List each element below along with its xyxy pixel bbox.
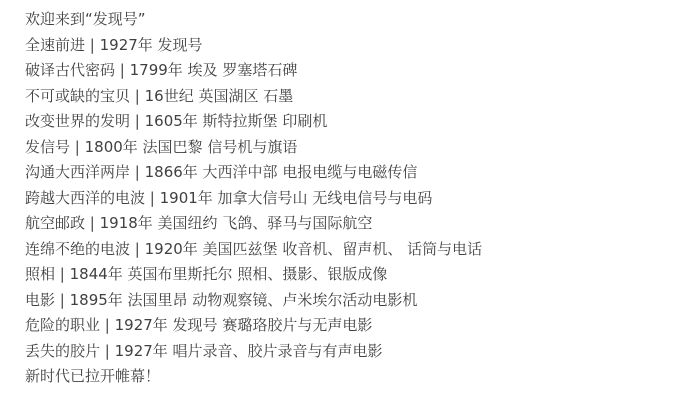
list-item: 跨越大西洋的电波 | 1901年 加拿大信号山 无线电信号与电码 [25,186,690,212]
chapter-info: 1927年 发现号 赛璐珞胶片与无声电影 [115,316,373,334]
chapter-title: 破译古代密码 [25,61,115,79]
list-item: 改变世界的发明 | 1605年 斯特拉斯堡 印刷机 [25,109,690,135]
chapter-info: 1927年 唱片录音、胶片录音与有声电影 [115,342,383,360]
separator-bar: | [100,316,115,334]
chapter-title: 照相 [25,265,55,283]
separator-bar: | [130,163,145,181]
message-text: 新时代已拉开帷幕！ [25,367,160,385]
chapter-list-page: 欢迎来到“发现号”全速前进 | 1927年 发现号破译古代密码 | 1799年 … [0,0,700,400]
chapter-info: 1920年 美国匹兹堡 收音机、留声机、 话筒与电话 [145,240,482,258]
separator-bar: | [145,189,160,207]
separator-bar: | [70,138,85,156]
chapter-info: 1800年 法国巴黎 信号机与旗语 [85,138,298,156]
chapter-title: 航空邮政 [25,214,85,232]
separator-bar: | [55,265,70,283]
list-item: 照相 | 1844年 英国布里斯托尔 照相、摄影、银版成像 [25,262,690,288]
chapter-list: 欢迎来到“发现号”全速前进 | 1927年 发现号破译古代密码 | 1799年 … [25,7,690,390]
chapter-info: 1895年 法国里昂 动物观察镜、卢米埃尔活动电影机 [70,291,418,309]
list-item: 发信号 | 1800年 法国巴黎 信号机与旗语 [25,135,690,161]
chapter-title: 危险的职业 [25,316,100,334]
list-item: 电影 | 1895年 法国里昂 动物观察镜、卢米埃尔活动电影机 [25,288,690,314]
separator-bar: | [100,342,115,360]
separator-bar: | [85,214,100,232]
list-item: 不可或缺的宝贝 | 16世纪 英国湖区 石墨 [25,84,690,110]
chapter-title: 沟通大西洋两岸 [25,163,130,181]
chapter-title: 跨越大西洋的电波 [25,189,145,207]
chapter-info: 1927年 发现号 [100,36,203,54]
chapter-info: 1844年 英国布里斯托尔 照相、摄影、银版成像 [70,265,388,283]
chapter-info: 1799年 埃及 罗塞塔石碑 [130,61,298,79]
separator-bar: | [115,61,130,79]
chapter-title: 全速前进 [25,36,85,54]
chapter-title: 不可或缺的宝贝 [25,87,130,105]
list-item: 危险的职业 | 1927年 发现号 赛璐珞胶片与无声电影 [25,313,690,339]
separator-bar: | [130,240,145,258]
chapter-title: 改变世界的发明 [25,112,130,130]
list-item: 破译古代密码 | 1799年 埃及 罗塞塔石碑 [25,58,690,84]
list-item: 丢失的胶片 | 1927年 唱片录音、胶片录音与有声电影 [25,339,690,365]
chapter-info: 1866年 大西洋中部 电报电缆与电磁传信 [145,163,418,181]
chapter-title: 电影 [25,291,55,309]
separator-bar: | [85,36,100,54]
list-item: 航空邮政 | 1918年 美国纽约 飞鸽、驿马与国际航空 [25,211,690,237]
separator-bar: | [55,291,70,309]
separator-bar: | [130,112,145,130]
chapter-info: 1605年 斯特拉斯堡 印刷机 [145,112,328,130]
list-item: 全速前进 | 1927年 发现号 [25,33,690,59]
separator-bar: | [130,87,145,105]
chapter-info: 16世纪 英国湖区 石墨 [145,87,294,105]
list-item: 连绵不绝的电波 | 1920年 美国匹兹堡 收音机、留声机、 话筒与电话 [25,237,690,263]
chapter-title: 连绵不绝的电波 [25,240,130,258]
chapter-info: 1901年 加拿大信号山 无线电信号与电码 [160,189,433,207]
message-text: 欢迎来到“发现号” [25,10,146,28]
list-item: 沟通大西洋两岸 | 1866年 大西洋中部 电报电缆与电磁传信 [25,160,690,186]
chapter-title: 丢失的胶片 [25,342,100,360]
chapter-info: 1918年 美国纽约 飞鸽、驿马与国际航空 [100,214,373,232]
message-line: 新时代已拉开帷幕！ [25,364,690,390]
chapter-title: 发信号 [25,138,70,156]
message-line: 欢迎来到“发现号” [25,7,690,33]
